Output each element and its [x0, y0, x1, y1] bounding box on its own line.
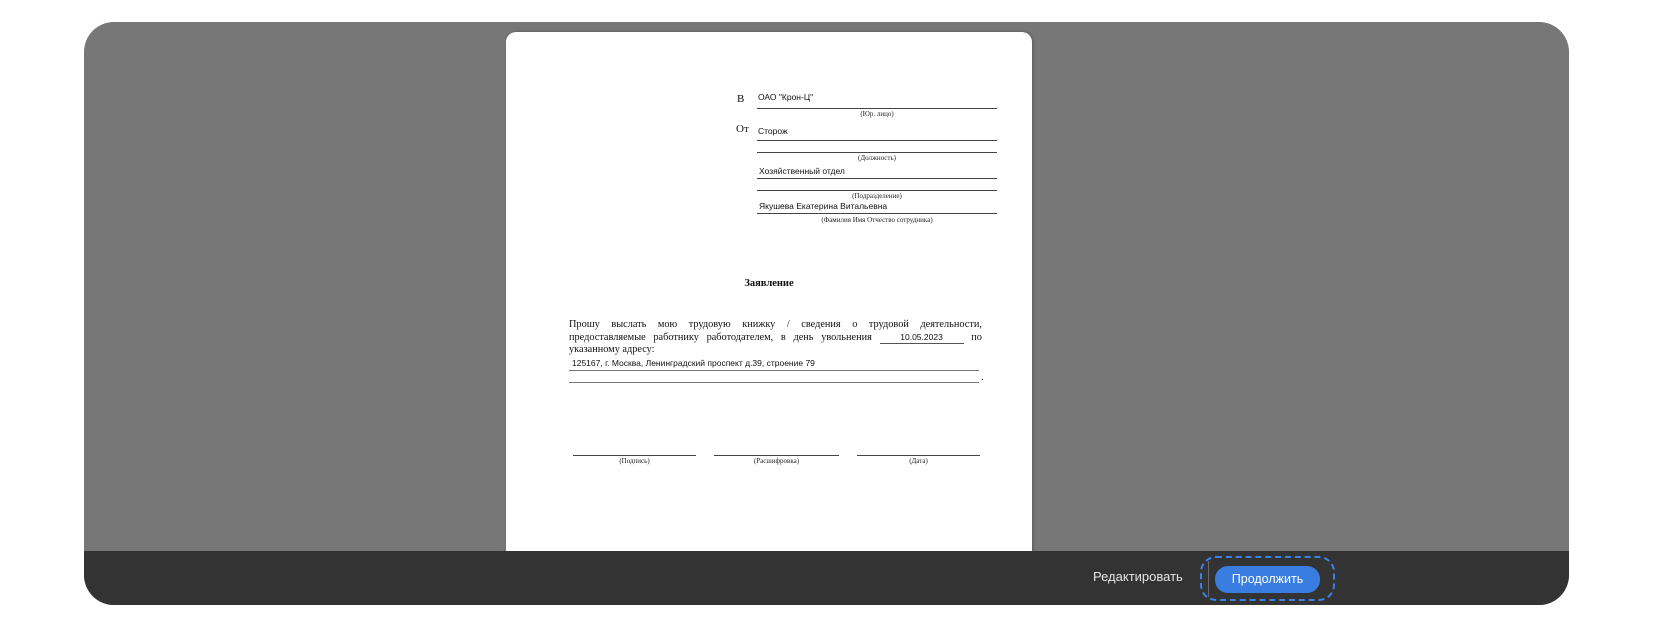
- body-word: /: [787, 319, 790, 332]
- to-prefix: В: [737, 93, 744, 105]
- body-line-1: Прошувыслатьмоютрудовуюкнижку/сведенияот…: [569, 319, 982, 332]
- body-word: предоставляемые: [569, 332, 646, 345]
- position-caption: (Должность): [757, 154, 997, 162]
- body-word: работнику: [653, 332, 699, 345]
- address-underline-2: [569, 382, 979, 383]
- to-caption: (Юр. лицо): [757, 110, 997, 118]
- department-underline-2: [757, 190, 997, 191]
- body-word: день: [793, 332, 813, 345]
- body-word: Прошу: [569, 319, 600, 332]
- department-caption: (Подразделение): [757, 192, 997, 200]
- position-underline: [757, 140, 997, 141]
- decryption-caption: (Расшифровка): [714, 457, 839, 465]
- document-title: Заявление: [506, 278, 1032, 289]
- body-word: о: [852, 319, 857, 332]
- decryption-line: [714, 455, 839, 456]
- edit-button[interactable]: Редактировать: [1093, 569, 1183, 584]
- body-word: работодателем,: [707, 332, 774, 345]
- signature-line: [573, 455, 696, 456]
- employee-value: Якушева Екатерина Витальевна: [759, 201, 887, 211]
- dismissal-date-field: 10.05.2023: [880, 332, 964, 345]
- body-word: трудовой: [869, 319, 909, 332]
- position-underline-2: [757, 152, 997, 153]
- address-end: .: [981, 372, 984, 383]
- date-line: [857, 455, 980, 456]
- body-word: сведения: [801, 319, 840, 332]
- employee-underline: [757, 213, 997, 214]
- action-bar: Редактировать Продолжить: [84, 551, 1569, 605]
- body-word: выслать: [611, 319, 646, 332]
- to-value: ОАО "Крон-Ц": [758, 92, 813, 102]
- document-preview-window: В ОАО "Крон-Ц" (Юр. лицо) От Сторож (Дол…: [84, 22, 1569, 605]
- continue-button[interactable]: Продолжить: [1215, 566, 1320, 593]
- to-underline: [757, 108, 997, 109]
- body-word: книжку: [742, 319, 775, 332]
- body-word: деятельности,: [920, 319, 982, 332]
- employee-caption: (Фамилия Имя Отчество сотрудника): [757, 216, 997, 224]
- from-prefix: От: [736, 123, 749, 135]
- department-value: Хозяйственный отдел: [759, 166, 845, 176]
- department-underline: [757, 178, 997, 179]
- address-value: 125167, г. Москва, Ленинградский проспек…: [572, 358, 815, 368]
- body-line-3: указанному адресу:: [569, 344, 982, 357]
- body-line-2: предоставляемыеработникуработодателем,вд…: [569, 332, 982, 345]
- body-word: в: [781, 332, 786, 345]
- address-underline: [569, 370, 979, 371]
- document-page: В ОАО "Крон-Ц" (Юр. лицо) От Сторож (Дол…: [506, 32, 1032, 592]
- body-word: мою: [658, 319, 677, 332]
- body-word: по: [971, 332, 982, 345]
- body-word: увольнения: [821, 332, 872, 345]
- body-paragraph: Прошувыслатьмоютрудовуюкнижку/сведенияот…: [569, 319, 982, 357]
- signature-caption: (Подпись): [573, 457, 696, 465]
- date-caption: (Дата): [857, 457, 980, 465]
- body-word: трудовую: [689, 319, 731, 332]
- position-value: Сторож: [758, 126, 788, 136]
